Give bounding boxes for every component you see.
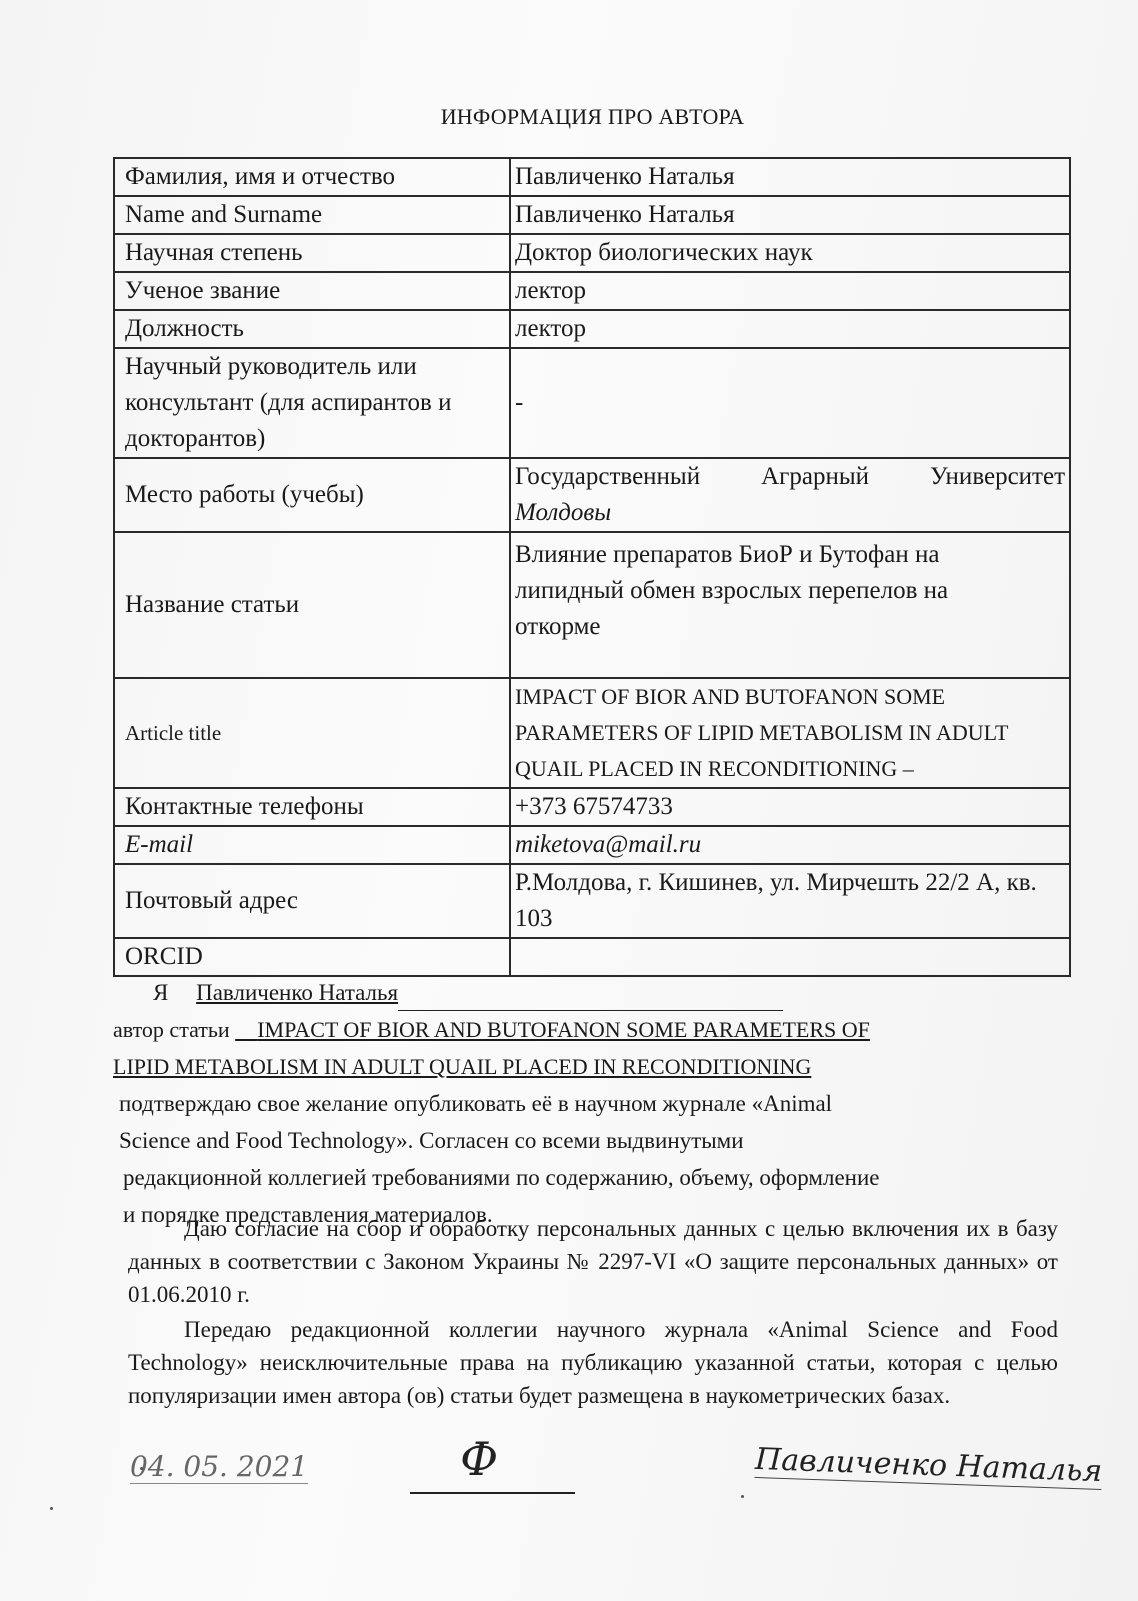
row-value: Государственный Аграрный Университет Мол…: [510, 458, 1070, 532]
author-info-table: Фамилия, имя и отчество Павличенко Натал…: [113, 157, 1071, 977]
personal-data-consent: Даю согласие на сбор и обработку персона…: [128, 1212, 1058, 1311]
handwritten-name: Павличенко Наталья: [754, 1442, 1102, 1490]
row-value: miketova@mail.ru: [510, 826, 1070, 864]
article-title-line1: IMPACT OF BIOR AND BUTOFANON SOME PARAME…: [257, 1017, 870, 1042]
pronoun: Я: [153, 980, 168, 1005]
speck: [50, 1507, 53, 1510]
table-row: Name and Surname Павличенко Наталья: [114, 196, 1070, 234]
signature-date: 04. 05. 2021: [130, 1450, 308, 1484]
document-title: ИНФОРМАЦИЯ ПРО АВТОРА: [0, 104, 1138, 130]
row-value: Павличенко Наталья: [510, 196, 1070, 234]
signature-glyph: Ф: [460, 1432, 498, 1486]
declaration-article-line2: LIPID METABOLISM IN ADULT QUAIL PLACED I…: [113, 1048, 1073, 1085]
row-value: лектор: [510, 310, 1070, 348]
row-label: Научный руководитель или консультант (дл…: [114, 348, 510, 458]
consent-line2: Science and Food Technology». Согласен с…: [113, 1122, 1073, 1159]
rights-transfer: Передаю редакционной коллегии научного ж…: [128, 1313, 1058, 1412]
row-value: Влияние препаратов БиоР и Бутофан на лип…: [510, 532, 1070, 678]
workplace-line2: Молдовы: [515, 499, 611, 526]
article-title-filled: IMPACT OF BIOR AND BUTOFANON SOME PARAME…: [235, 1017, 870, 1042]
row-value: -: [510, 348, 1070, 458]
table-row: Название статьи Влияние препаратов БиоР …: [114, 532, 1070, 678]
table-row: Научный руководитель или консультант (дл…: [114, 348, 1070, 458]
row-label: Контактные телефоны: [114, 788, 510, 826]
speck: [741, 1495, 744, 1498]
row-label: Место работы (учебы): [114, 458, 510, 532]
article-title-line2: LIPID METABOLISM IN ADULT QUAIL PLACED I…: [113, 1054, 811, 1079]
table-row: Фамилия, имя и отчество Павличенко Натал…: [114, 158, 1070, 196]
consent-line3: редакционной коллегией требованиями по с…: [113, 1159, 1073, 1196]
row-label: Должность: [114, 310, 510, 348]
row-value: Павличенко Наталья: [510, 158, 1070, 196]
row-label: Название статьи: [114, 532, 510, 678]
row-label: Name and Surname: [114, 196, 510, 234]
row-label: Научная степень: [114, 234, 510, 272]
table-row: Должность лектор: [114, 310, 1070, 348]
author-name-filled: Павличенко Наталья: [196, 980, 398, 1005]
declaration-article-line: автор статьи IMPACT OF BIOR AND BUTOFANO…: [113, 1011, 1073, 1048]
declaration-name-line: Я Павличенко Наталья: [113, 974, 1073, 1011]
row-label: Ученое звание: [114, 272, 510, 310]
row-value: лектор: [510, 272, 1070, 310]
row-value: +373 67574733: [510, 788, 1070, 826]
table-row: E-mail miketova@mail.ru: [114, 826, 1070, 864]
row-value: IMPACT OF BIOR AND BUTOFANON SOME PARAME…: [510, 678, 1070, 788]
table-row: Место работы (учебы) Государственный Агр…: [114, 458, 1070, 532]
row-label: Article title: [114, 678, 510, 788]
author-of-label: автор статьи: [113, 1017, 230, 1042]
row-value: Р.Молдова, г. Кишинев, ул. Мирчешть 22/2…: [510, 864, 1070, 938]
table-row: Научная степень Доктор биологических нау…: [114, 234, 1070, 272]
row-label: E-mail: [114, 826, 510, 864]
row-label: Фамилия, имя и отчество: [114, 158, 510, 196]
table-row: Ученое звание лектор: [114, 272, 1070, 310]
workplace-line1: Государственный Аграрный Университет: [515, 459, 1065, 495]
table-row: ORCID: [114, 938, 1070, 976]
row-value: Доктор биологических наук: [510, 234, 1070, 272]
signature-mark: Ф: [410, 1432, 575, 1494]
table-row: Article title IMPACT OF BIOR AND BUTOFAN…: [114, 678, 1070, 788]
consent-paragraphs: Даю согласие на сбор и обработку персона…: [128, 1212, 1058, 1412]
speck: [140, 1467, 143, 1470]
row-label: ORCID: [114, 938, 510, 976]
row-value: [510, 938, 1070, 976]
row-label: Почтовый адрес: [114, 864, 510, 938]
table-row: Контактные телефоны +373 67574733: [114, 788, 1070, 826]
declaration: Я Павличенко Наталья автор статьи IMPACT…: [113, 974, 1073, 1233]
table-row: Почтовый адрес Р.Молдова, г. Кишинев, ул…: [114, 864, 1070, 938]
consent-line1: подтверждаю свое желание опубликовать её…: [113, 1085, 1073, 1122]
